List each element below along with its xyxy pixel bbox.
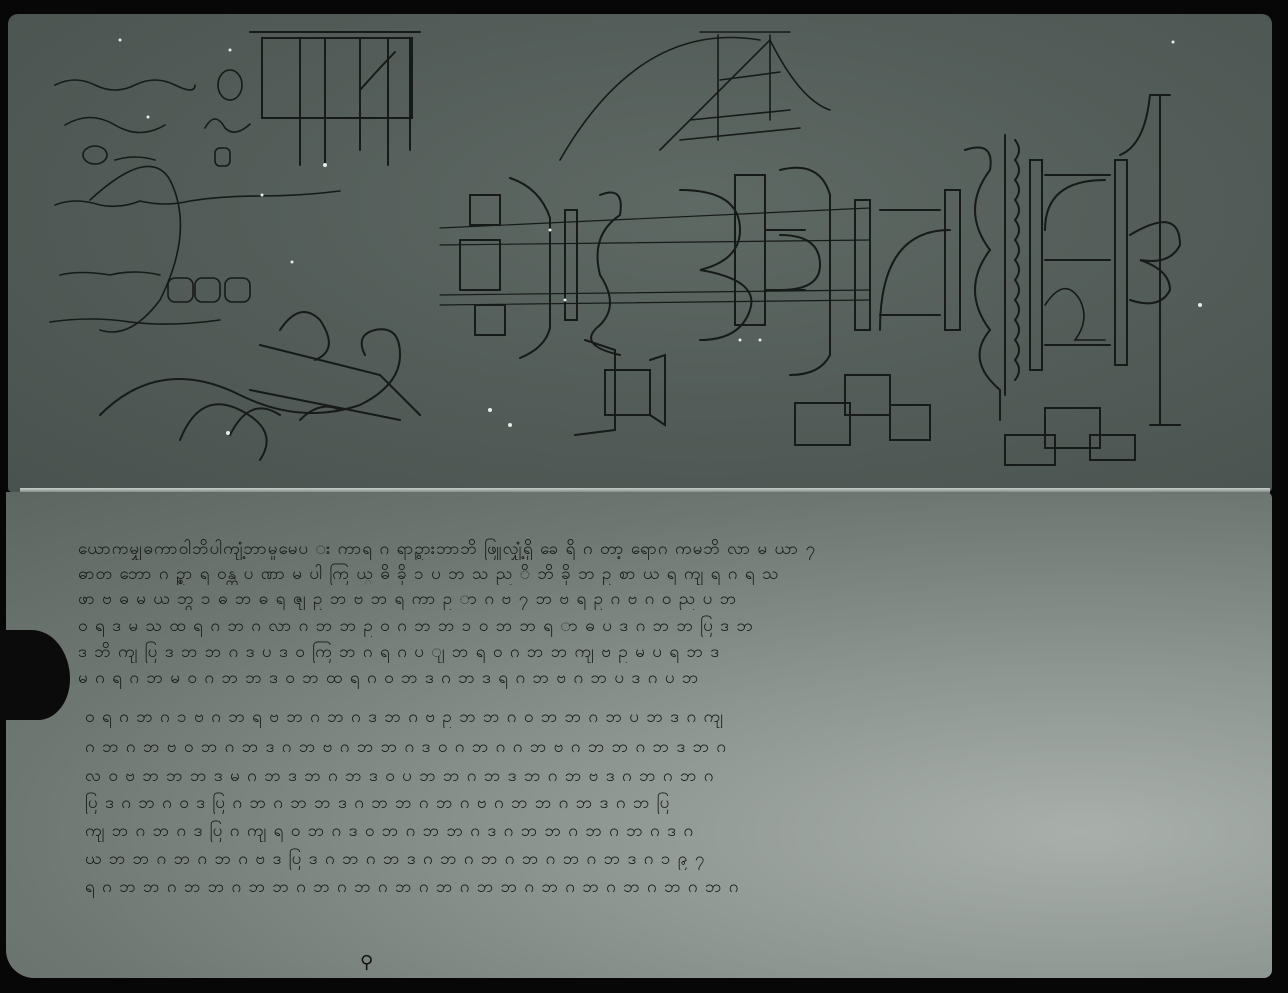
- stepped-plinth-sketches: [795, 375, 1135, 465]
- script-line-6: မ ဂ ရ ဂ ဘ မ ဝ ဂ ဘ ဘ ဒ ဝ ဘ ထ ရ ဂ ဝ ဘ ဒ ဂ …: [78, 667, 1188, 689]
- script-line-2: ဓာတ ဘော ဂ ဥ္စာ ရ ဝန္တ ပ ဏာ မ ပါ ကြ ယ္ ဓိ…: [78, 563, 1208, 585]
- manuscript-photo: ယောကမျှဓကာဝါဘိပါကျံ့ဘာမှုမေပ း ကာရ ဂ ရာဥ…: [0, 0, 1288, 993]
- script-line-12: ယ ဘ ဘ ဂ ဘ ဂ ဘ ဂ ဗ ဒ ပြ ဒ ဂ ဘ ဂ ဘ ဒ ဂ ဘ ဂ…: [85, 848, 1175, 870]
- script-line-11: ကျ ဘ ဂ ဘ ဂ ဒ ပြ ဂ ကျ ရ ဝ ဘ ဂ ဒ ဝ ဘ ဂ ဘ ဘ…: [85, 820, 1165, 842]
- script-line-5: ဒ ဘိ ကျ ပြ ဒ ဘ ဘ ဂ ဒ ပ ဒ ဝ ကြ ဘ ဂ ရ ဂ ပ …: [78, 641, 1188, 663]
- dust-specks: [119, 39, 1203, 493]
- script-line-1: ယောကမျှဓကာဝါဘိပါကျံ့ဘာမှုမေပ း ကာရ ဂ ရာဥ…: [78, 538, 1208, 560]
- script-line-7: ဝ ရ ဂ ဘ ဂ ၁ ဗ ဂ ဘ ရ ဗ ဘ ဂ ဘ ဂ ဒ ဘ ဂ ဗ ဥ …: [85, 706, 1165, 728]
- footer-mark: ⚲: [360, 952, 373, 973]
- scroll-foliage-ornament: [100, 312, 420, 460]
- script-line-3: ဖာ ဗ ဓ မ ယ ဘွ ၁ ဓ ဘ ဓ ရ ဇျ ဥ္ ဘ ဗ ဘ ရ ကာ…: [78, 588, 1208, 610]
- hatched-roof-sketch: [560, 32, 830, 160]
- script-line-8: ဂ ဘ ဂ ဘ ဗ ဝ ဘ ဂ ဘ ဒ ဂ ဘ ဗ ဂ ဘ ဘ ဂ ဒ ဝ ဂ …: [85, 736, 1165, 758]
- grid-frame-sketch: [250, 32, 420, 165]
- script-line-13: ရ ဂ ဘ ဘ ဂ ဘ ဘ ဂ ဘ ဘ ဂ ဘ ဂ ဘ ဂ ဘ ဂ ဘ ဂ ဘ …: [85, 876, 1225, 898]
- marginal-notes: [50, 70, 340, 332]
- pavilion-elevation-sketches: [460, 95, 1180, 425]
- script-line-4: ဝ ရ ဒ မ သ ထ ရ ဂ ဘ ဂ လာ ဂ ဘ ဘ ဥ ဝ ဂ ဘ ဘ ၁…: [78, 615, 1208, 637]
- script-line-9: လ ဝ ဗ ဘ ဘ ဘ ဒ မ ဂ ဘ ဒ ဘ ဂ ဘ ဒ ဝ ပ ဘ ဘ ဂ …: [85, 765, 1165, 787]
- script-line-10: ပြ ဒ ဂ ဘ ဂ ဝ ဒ ပြ ဂ ဘ ဂ ဘ ဘ ဒ ဂ ဘ ဘ ဂ ဘ …: [85, 792, 1165, 814]
